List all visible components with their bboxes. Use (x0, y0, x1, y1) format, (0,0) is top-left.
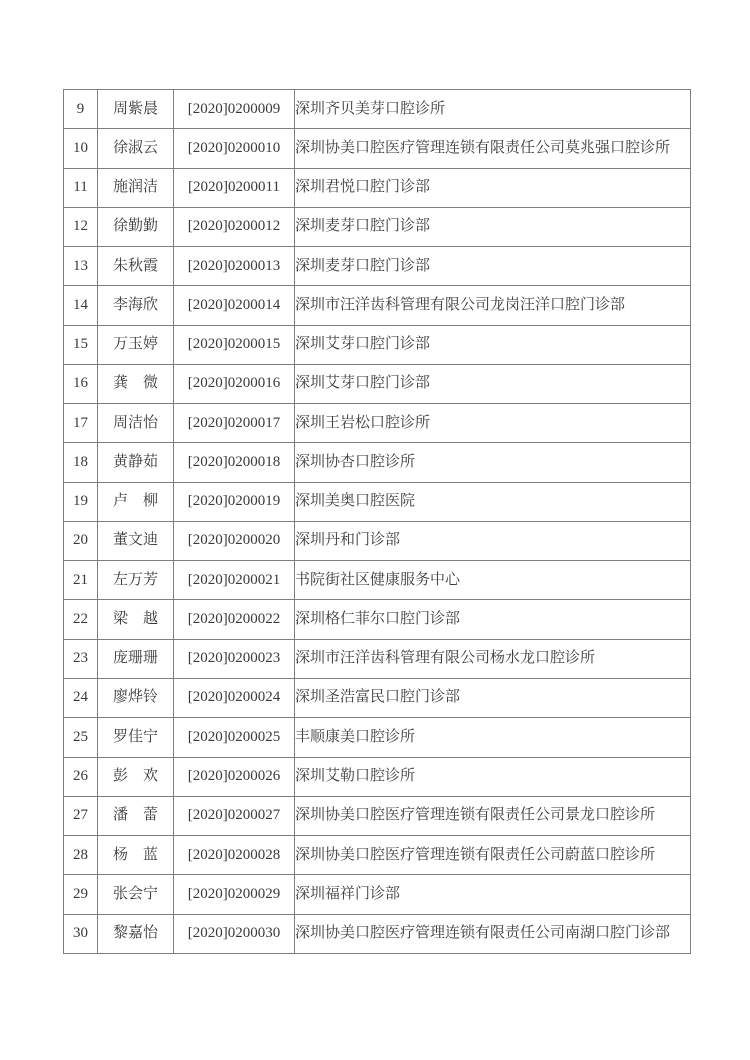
roster-body: 9周紫晨[2020]0200009深圳齐贝美芽口腔诊所10徐淑云[2020]02… (64, 90, 691, 954)
organization-name: 深圳王岩松口腔诊所 (295, 404, 691, 443)
certificate-number: [2020]0200021 (174, 561, 295, 600)
table-row: 20董文迪[2020]0200020深圳丹和门诊部 (64, 521, 691, 560)
person-name: 廖烨铃 (98, 678, 174, 717)
organization-name: 深圳麦芽口腔门诊部 (295, 247, 691, 286)
row-number: 12 (64, 207, 98, 246)
organization-name: 深圳福祥门诊部 (295, 875, 691, 914)
person-name: 黄静茹 (98, 443, 174, 482)
table-row: 15万玉婷[2020]0200015深圳艾芽口腔门诊部 (64, 325, 691, 364)
organization-name: 深圳麦芽口腔门诊部 (295, 207, 691, 246)
table-row: 21左万芳[2020]0200021书院街社区健康服务中心 (64, 561, 691, 600)
table-row: 30黎嘉怡[2020]0200030深圳协美口腔医疗管理连锁有限责任公司南湖口腔… (64, 914, 691, 953)
certificate-number: [2020]0200010 (174, 129, 295, 168)
organization-name: 深圳协杏口腔诊所 (295, 443, 691, 482)
certificate-number: [2020]0200012 (174, 207, 295, 246)
person-name: 罗佳宁 (98, 718, 174, 757)
document-page: 9周紫晨[2020]0200009深圳齐贝美芽口腔诊所10徐淑云[2020]02… (0, 0, 750, 1060)
table-row: 19卢 柳[2020]0200019深圳美奥口腔医院 (64, 482, 691, 521)
table-row: 29张会宁[2020]0200029深圳福祥门诊部 (64, 875, 691, 914)
certificate-number: [2020]0200023 (174, 639, 295, 678)
table-row: 16龚 微[2020]0200016深圳艾芽口腔门诊部 (64, 364, 691, 403)
row-number: 20 (64, 521, 98, 560)
organization-name: 书院街社区健康服务中心 (295, 561, 691, 600)
certificate-number: [2020]0200025 (174, 718, 295, 757)
certificate-number: [2020]0200019 (174, 482, 295, 521)
certificate-number: [2020]0200017 (174, 404, 295, 443)
table-row: 22梁 越[2020]0200022深圳格仁菲尔口腔门诊部 (64, 600, 691, 639)
organization-name: 深圳美奥口腔医院 (295, 482, 691, 521)
table-row: 24廖烨铃[2020]0200024深圳圣浩富民口腔门诊部 (64, 678, 691, 717)
row-number: 30 (64, 914, 98, 953)
person-name: 朱秋霞 (98, 247, 174, 286)
certificate-number: [2020]0200027 (174, 796, 295, 835)
row-number: 11 (64, 168, 98, 207)
row-number: 23 (64, 639, 98, 678)
row-number: 19 (64, 482, 98, 521)
certificate-number: [2020]0200014 (174, 286, 295, 325)
person-name: 张会宁 (98, 875, 174, 914)
certificate-number: [2020]0200013 (174, 247, 295, 286)
organization-name: 深圳君悦口腔门诊部 (295, 168, 691, 207)
person-name: 施润洁 (98, 168, 174, 207)
row-number: 14 (64, 286, 98, 325)
organization-name: 深圳圣浩富民口腔门诊部 (295, 678, 691, 717)
row-number: 15 (64, 325, 98, 364)
organization-name: 深圳协美口腔医疗管理连锁有限责任公司蔚蓝口腔诊所 (295, 836, 691, 875)
row-number: 26 (64, 757, 98, 796)
row-number: 27 (64, 796, 98, 835)
certificate-number: [2020]0200026 (174, 757, 295, 796)
organization-name: 丰顺康美口腔诊所 (295, 718, 691, 757)
certificate-number: [2020]0200018 (174, 443, 295, 482)
row-number: 10 (64, 129, 98, 168)
person-name: 卢 柳 (98, 482, 174, 521)
person-name: 潘 蕾 (98, 796, 174, 835)
organization-name: 深圳协美口腔医疗管理连锁有限责任公司景龙口腔诊所 (295, 796, 691, 835)
organization-name: 深圳协美口腔医疗管理连锁有限责任公司莫兆强口腔诊所 (295, 129, 691, 168)
table-row: 26彭 欢[2020]0200026深圳艾勒口腔诊所 (64, 757, 691, 796)
organization-name: 深圳市汪洋齿科管理有限公司龙岗汪洋口腔门诊部 (295, 286, 691, 325)
table-row: 12徐勤勤[2020]0200012深圳麦芽口腔门诊部 (64, 207, 691, 246)
row-number: 13 (64, 247, 98, 286)
certificate-number: [2020]0200030 (174, 914, 295, 953)
person-name: 李海欣 (98, 286, 174, 325)
table-row: 23庞珊珊[2020]0200023深圳市汪洋齿科管理有限公司杨水龙口腔诊所 (64, 639, 691, 678)
person-name: 周紫晨 (98, 90, 174, 129)
organization-name: 深圳协美口腔医疗管理连锁有限责任公司南湖口腔门诊部 (295, 914, 691, 953)
table-row: 10徐淑云[2020]0200010深圳协美口腔医疗管理连锁有限责任公司莫兆强口… (64, 129, 691, 168)
table-row: 18黄静茹[2020]0200018深圳协杏口腔诊所 (64, 443, 691, 482)
table-row: 28杨 蓝[2020]0200028深圳协美口腔医疗管理连锁有限责任公司蔚蓝口腔… (64, 836, 691, 875)
certificate-number: [2020]0200016 (174, 364, 295, 403)
table-row: 17周洁怡[2020]0200017深圳王岩松口腔诊所 (64, 404, 691, 443)
row-number: 24 (64, 678, 98, 717)
row-number: 16 (64, 364, 98, 403)
person-name: 万玉婷 (98, 325, 174, 364)
row-number: 21 (64, 561, 98, 600)
person-name: 龚 微 (98, 364, 174, 403)
table-row: 11施润洁[2020]0200011深圳君悦口腔门诊部 (64, 168, 691, 207)
certificate-number: [2020]0200028 (174, 836, 295, 875)
certificate-number: [2020]0200020 (174, 521, 295, 560)
row-number: 28 (64, 836, 98, 875)
table-row: 13朱秋霞[2020]0200013深圳麦芽口腔门诊部 (64, 247, 691, 286)
table-row: 9周紫晨[2020]0200009深圳齐贝美芽口腔诊所 (64, 90, 691, 129)
person-name: 徐勤勤 (98, 207, 174, 246)
certificate-number: [2020]0200022 (174, 600, 295, 639)
organization-name: 深圳市汪洋齿科管理有限公司杨水龙口腔诊所 (295, 639, 691, 678)
person-name: 梁 越 (98, 600, 174, 639)
organization-name: 深圳艾芽口腔门诊部 (295, 364, 691, 403)
row-number: 18 (64, 443, 98, 482)
person-name: 左万芳 (98, 561, 174, 600)
organization-name: 深圳艾芽口腔门诊部 (295, 325, 691, 364)
row-number: 29 (64, 875, 98, 914)
certificate-number: [2020]0200029 (174, 875, 295, 914)
organization-name: 深圳艾勒口腔诊所 (295, 757, 691, 796)
person-name: 庞珊珊 (98, 639, 174, 678)
person-name: 徐淑云 (98, 129, 174, 168)
organization-name: 深圳齐贝美芽口腔诊所 (295, 90, 691, 129)
organization-name: 深圳丹和门诊部 (295, 521, 691, 560)
certificate-number: [2020]0200024 (174, 678, 295, 717)
row-number: 17 (64, 404, 98, 443)
person-name: 黎嘉怡 (98, 914, 174, 953)
table-row: 14李海欣[2020]0200014深圳市汪洋齿科管理有限公司龙岗汪洋口腔门诊部 (64, 286, 691, 325)
row-number: 25 (64, 718, 98, 757)
roster-table: 9周紫晨[2020]0200009深圳齐贝美芽口腔诊所10徐淑云[2020]02… (63, 89, 691, 954)
person-name: 董文迪 (98, 521, 174, 560)
person-name: 杨 蓝 (98, 836, 174, 875)
table-row: 27潘 蕾[2020]0200027深圳协美口腔医疗管理连锁有限责任公司景龙口腔… (64, 796, 691, 835)
row-number: 9 (64, 90, 98, 129)
certificate-number: [2020]0200009 (174, 90, 295, 129)
certificate-number: [2020]0200011 (174, 168, 295, 207)
row-number: 22 (64, 600, 98, 639)
person-name: 周洁怡 (98, 404, 174, 443)
table-row: 25罗佳宁[2020]0200025丰顺康美口腔诊所 (64, 718, 691, 757)
organization-name: 深圳格仁菲尔口腔门诊部 (295, 600, 691, 639)
certificate-number: [2020]0200015 (174, 325, 295, 364)
person-name: 彭 欢 (98, 757, 174, 796)
